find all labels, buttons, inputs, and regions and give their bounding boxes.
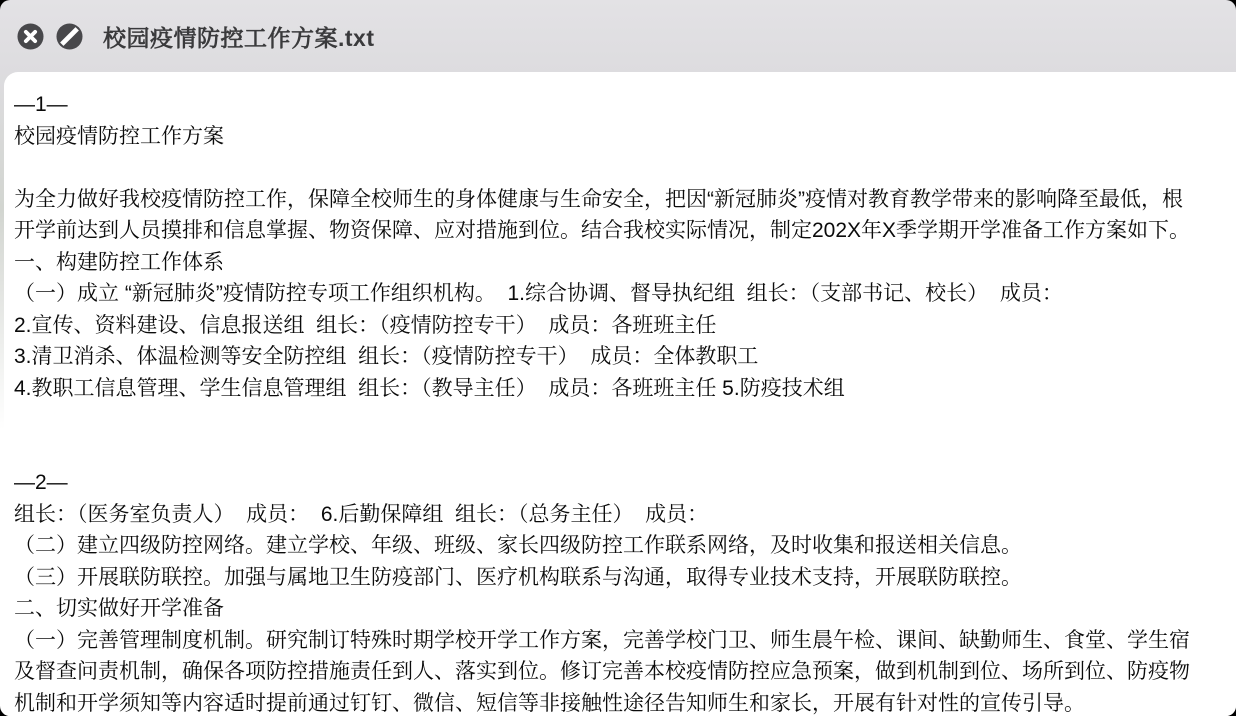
text-line: （二）建立四级防控网络。建立学校、年级、班级、家长四级防控工作联系网络，及时收集… [14,530,1236,562]
text-line: 一、构建防控工作体系 [14,247,1236,279]
circle-slash-icon [56,23,83,50]
text-line: （三）开展联防联控。加强与属地卫生防疫部门、医疗机构联系与沟通，取得专业技术支持… [14,562,1236,594]
text-line: 校园疫情防控工作方案 [14,121,1236,153]
text-line: 二、切实做好开学准备 [14,593,1236,625]
text-line: 为全力做好我校疫情防控工作，保障全校师生的身体健康与生命安全，把因“新冠肺炎”疫… [14,184,1236,216]
text-line: 组长：（医务室负责人） 成员： 6.后勤保障组 组长：（总务主任） 成员： [14,499,1236,531]
text-line: 2.宣传、资料建设、信息报送组 组长：（疫情防控专干） 成员：各班班主任 [14,310,1236,342]
block-button[interactable] [56,23,83,50]
document-view[interactable]: —1—校园疫情防控工作方案 为全力做好我校疫情防控工作，保障全校师生的身体健康与… [4,72,1236,716]
close-button[interactable] [17,23,44,50]
file-viewer-window: 校园疫情防控工作方案.txt —1—校园疫情防控工作方案 为全力做好我校疫情防控… [0,0,1236,716]
titlebar[interactable]: 校园疫情防控工作方案.txt [0,0,1236,72]
text-line: （一）成立 “新冠肺炎”疫情防控专项工作组织机构。 1.综合协调、督导执纪组 组… [14,278,1236,310]
circle-x-icon [17,23,44,50]
text-line [14,436,1236,468]
text-line: —1— [14,89,1236,121]
text-line [14,404,1236,436]
document-text: —1—校园疫情防控工作方案 为全力做好我校疫情防控工作，保障全校师生的身体健康与… [14,89,1236,716]
text-line: （一）完善管理制度机制。研究制订特殊时期学校开学工作方案，完善学校门卫、师生晨午… [14,625,1236,657]
text-line: 及督查问责机制，确保各项防控措施责任到人、落实到位。修订完善本校疫情防控应急预案… [14,656,1236,688]
text-line: 4.教职工信息管理、学生信息管理组 组长：（教导主任） 成员：各班班主任 5.防… [14,373,1236,405]
text-line: —2— [14,467,1236,499]
text-line [14,152,1236,184]
text-line: 开学前达到人员摸排和信息掌握、物资保障、应对措施到位。结合我校实际情况，制定20… [14,215,1236,247]
window-title: 校园疫情防控工作方案.txt [103,20,375,53]
text-line: 3.清卫消杀、体温检测等安全防控组 组长：（疫情防控专干） 成员：全体教职工 [14,341,1236,373]
text-line: 机制和开学须知等内容适时提前通过钉钉、微信、短信等非接触性途径告知师生和家长，开… [14,688,1236,716]
